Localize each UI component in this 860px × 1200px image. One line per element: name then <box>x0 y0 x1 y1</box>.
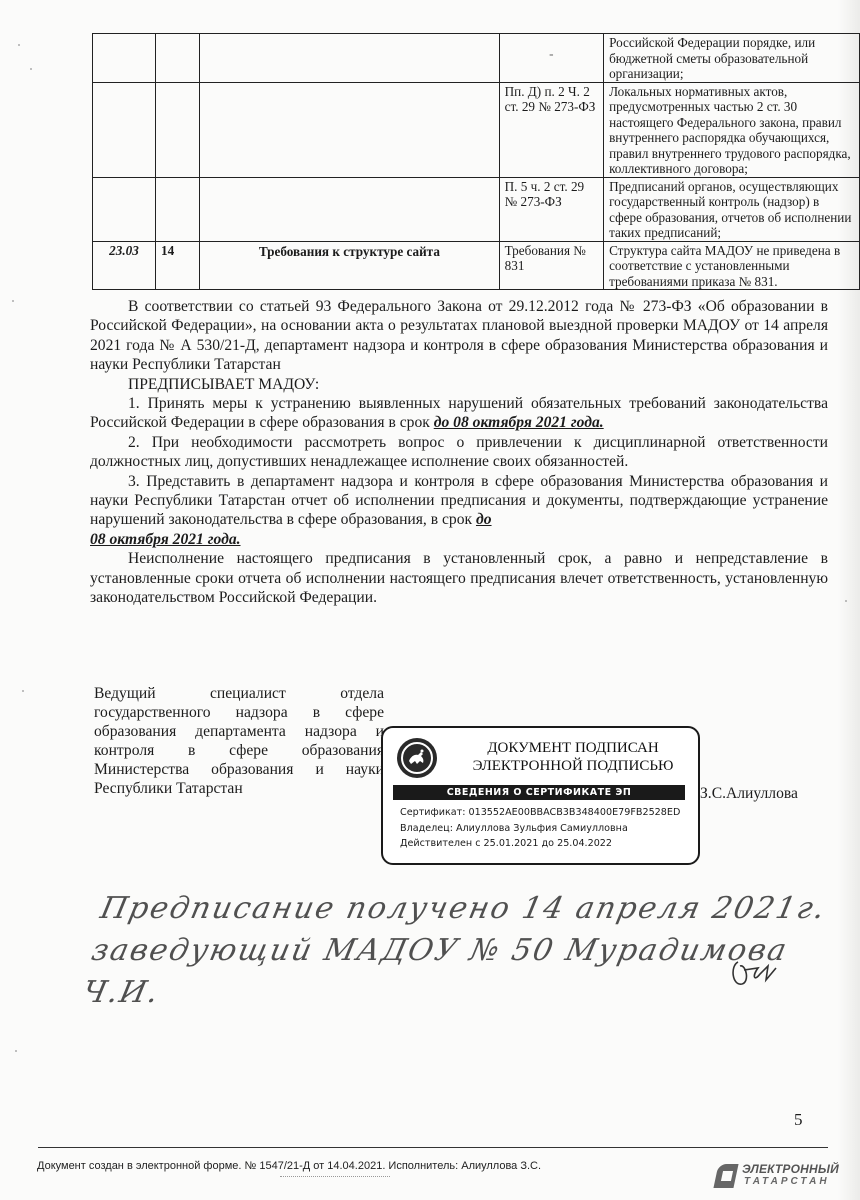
signatory-line: государственного надзора в сфере <box>94 703 384 722</box>
directive-heading: ПРЕДПИСЫВАЕТ МАДОУ: <box>90 375 828 394</box>
prescription-body: В соответствии со статьей 93 Федеральног… <box>90 297 828 608</box>
snow-leopard-icon <box>406 747 428 769</box>
signer-name: З.С.Алиуллова <box>700 785 798 803</box>
cell-description: Предписаний органов, осуществляющих госу… <box>604 177 860 241</box>
cell-date <box>93 82 156 177</box>
cell-requirement <box>200 177 499 241</box>
cell-number <box>155 177 199 241</box>
brand-line-2: ТАТАРСТАН <box>744 1176 830 1187</box>
item-1: 1. Принять меры к устранению выявленных … <box>90 394 828 433</box>
scan-speck <box>845 600 847 602</box>
cell-date <box>93 34 156 83</box>
scan-speck <box>15 1050 17 1052</box>
cell-norm: П. 5 ч. 2 ст. 29 № 273-ФЗ <box>499 177 603 241</box>
preamble-paragraph: В соответствии со статьей 93 Федеральног… <box>90 297 828 375</box>
item-3-text: 3. Представить в департамент надзора и к… <box>90 473 828 529</box>
cell-number: 14 <box>155 241 199 290</box>
handwritten-signature-icon <box>728 956 788 990</box>
signatory-line: Министерства образования и науки <box>94 760 384 779</box>
certificate-validity: Действителен с 25.01.2021 до 25.04.2022 <box>400 836 680 852</box>
cell-requirement <box>200 82 499 177</box>
table-row: - Российской Федерации порядке, или бюдж… <box>93 34 860 83</box>
signatory-position: Ведущий специалист отдела государственно… <box>94 684 384 798</box>
signatory-line: образования департамента надзора и <box>94 722 384 741</box>
footer-divider <box>38 1147 828 1148</box>
liability-warning: Неисполнение настоящего предписания в ус… <box>90 549 828 607</box>
cell-number <box>155 82 199 177</box>
document-info: Документ создан в электронной форме. № 1… <box>37 1160 541 1172</box>
page-number: 5 <box>794 1110 803 1130</box>
tatarstan-emblem-icon <box>397 738 437 778</box>
violations-table: - Российской Федерации порядке, или бюдж… <box>92 33 860 290</box>
handwritten-line: Предписание получено 14 апреля 2021г. <box>96 888 855 930</box>
cell-number <box>155 34 199 83</box>
table-row: П. 5 ч. 2 ст. 29 № 273-ФЗ Предписаний ор… <box>93 177 860 241</box>
cell-requirement <box>200 34 499 83</box>
cell-norm: - <box>499 34 603 83</box>
cell-norm: Требования № 831 <box>499 241 603 290</box>
signatory-line: Республики Татарстан <box>94 779 384 798</box>
scan-speck <box>30 68 32 70</box>
certificate-serial: Сертификат: 013552AE00BBACB3B348400E79FB… <box>400 805 680 821</box>
item-3-deadline-start: до <box>476 511 492 528</box>
cell-norm: Пп. Д) п. 2 Ч. 2 ст. 29 № 273-ФЗ <box>499 82 603 177</box>
logo-mark-icon <box>713 1164 738 1188</box>
certificate-owner: Владелец: Алиуллова Зульфия Самиулловна <box>400 821 680 837</box>
certificate-details: Сертификат: 013552AE00BBACB3B348400E79FB… <box>400 805 680 852</box>
item-3-deadline-end: 08 октября 2021 года. <box>90 531 241 548</box>
table-row: 23.03 14 Требования к структуре сайта Тр… <box>93 241 860 290</box>
signatory-line: контроля в сфере образования <box>94 741 384 760</box>
cell-requirement: Требования к структуре сайта <box>200 241 499 290</box>
table-row: Пп. Д) п. 2 Ч. 2 ст. 29 № 273-ФЗ Локальн… <box>93 82 860 177</box>
handwritten-receipt-note: Предписание получено 14 апреля 2021г. за… <box>79 888 856 1014</box>
certificate-info-header: СВЕДЕНИЯ О СЕРТИФИКАТЕ ЭП <box>393 785 685 800</box>
item-1-deadline: до 08 октября 2021 года. <box>434 414 604 431</box>
stamp-title: ДОКУМЕНТ ПОДПИСАН ЭЛЕКТРОННОЙ ПОДПИСЬЮ <box>453 739 693 775</box>
scan-speck <box>18 44 20 46</box>
brand-line-1: ЭЛЕКТРОННЫЙ <box>742 1162 839 1176</box>
item-2: 2. При необходимости рассмотреть вопрос … <box>90 433 828 472</box>
cell-date: 23.03 <box>93 241 156 290</box>
item-3: 3. Представить в департамент надзора и к… <box>90 472 828 550</box>
scan-speck <box>12 300 14 302</box>
scan-speck <box>22 690 24 692</box>
electronic-tatarstan-logo: ЭЛЕКТРОННЫЙ ТАТАРСТАН <box>716 1162 828 1190</box>
footer-faded-line <box>280 1176 390 1180</box>
signatory-line: Ведущий специалист отдела <box>94 684 384 703</box>
cell-description: Структура сайта МАДОУ не приведена в соо… <box>604 241 860 290</box>
electronic-signature-stamp: ДОКУМЕНТ ПОДПИСАН ЭЛЕКТРОННОЙ ПОДПИСЬЮ С… <box>381 726 700 865</box>
cell-description: Российской Федерации порядке, или бюджет… <box>604 34 860 83</box>
cell-description: Локальных нормативных актов, предусмотре… <box>604 82 860 177</box>
cell-date <box>93 177 156 241</box>
